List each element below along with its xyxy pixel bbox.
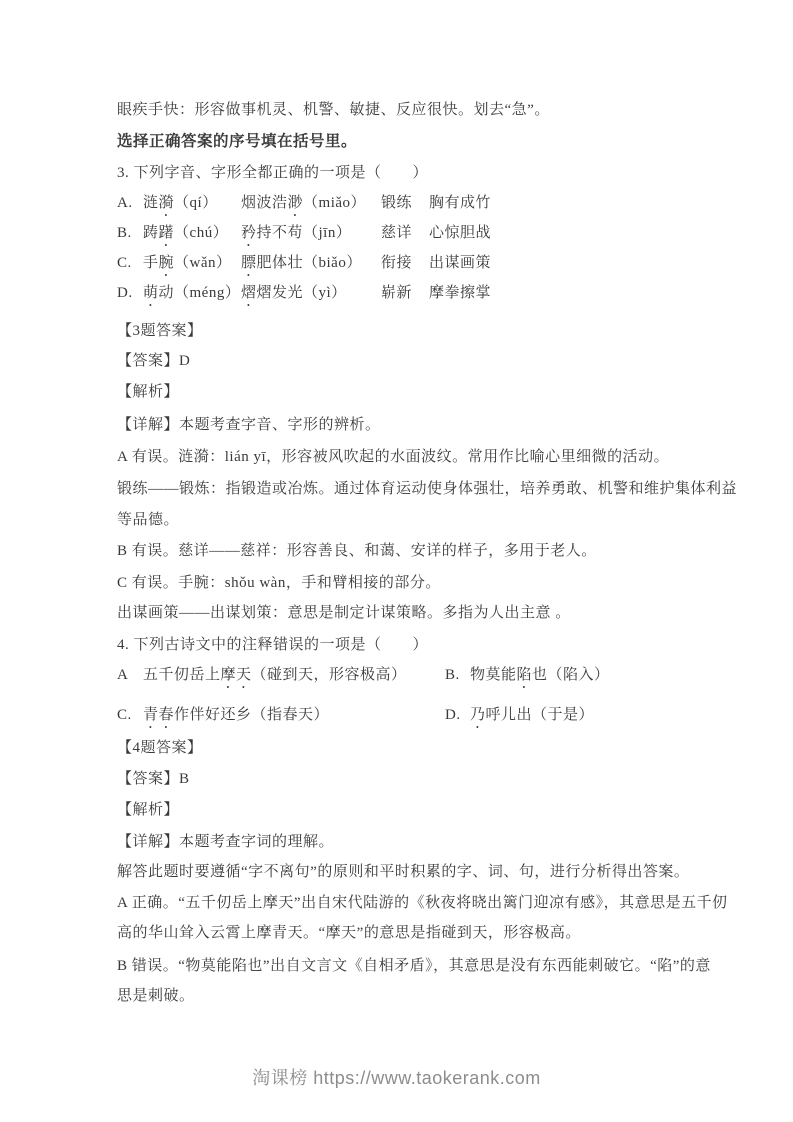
option-letter: B. <box>445 665 460 685</box>
option-letter: D. <box>117 283 133 303</box>
q3-explanation-line: B 有误。慈详——慈祥：形容善良、和蔼、安详的样子，多用于老人。 <box>117 541 597 561</box>
q4-analysis-heading: 【解析】 <box>117 800 179 820</box>
q4-explanation-line: B 错误。“物莫能陷也”出自文言文《自相矛盾》，其意思是没有东西能刺破它。“陷”… <box>117 956 711 976</box>
option-word: 萌动（méng） <box>143 283 240 310</box>
q4-explanation-line: 解答此题时要遵循“字不离句”的原则和平时积累的字、词、句，进行分析得出答案。 <box>117 862 689 882</box>
instruction-heading: 选择正确答案的序号填在括号里。 <box>117 132 357 152</box>
option-phrase: 胸有成竹 <box>429 193 491 213</box>
footer-watermark: 淘课榜 https://www.taokerank.com <box>0 1064 793 1090</box>
option-phrase: 出谋画策 <box>429 253 491 273</box>
question-4-options-row-1: A 五千仞岳上摩天（碰到天，形容极高） B. 物莫能陷也（陷入） <box>117 665 737 685</box>
option-term: 锻练 <box>381 193 412 213</box>
q3-explanation-line: A 有误。涟漪：lián yī，形容被风吹起的水面波纹。常用作比喻心里细微的活动… <box>117 447 669 467</box>
q3-analysis-heading: 【解析】 <box>117 382 179 402</box>
q4-answer-line: 【答案】B <box>117 769 190 789</box>
q4-answer-heading: 【4题答案】 <box>117 738 203 758</box>
option-idiom: 烟波浩渺（miǎo） <box>241 193 366 220</box>
q4-explanation-line: 思是刺破。 <box>117 986 195 1006</box>
option-letter: A <box>117 665 128 685</box>
question-4-options-row-2: C. 青春作伴好还乡（指春天） D. 乃呼儿出（于是） <box>117 705 737 725</box>
option-text: 青春作伴好还乡（指春天） <box>143 705 329 732</box>
option-word: 踌躇（chú） <box>143 223 228 250</box>
option-idiom: 膘肥体壮（biǎo） <box>241 253 362 280</box>
option-text: 五千仞岳上摩天（碰到天，形容极高） <box>143 665 407 692</box>
question-3-option-c: C. 手腕（wǎn） 膘肥体壮（biǎo） 衔接 出谋画策 <box>117 253 737 273</box>
q3-explanation-line: 锻练——锻炼：指锻造或冶炼。通过体育运动使身体强壮，培养勇敢、机警和维护集体利益 <box>117 479 737 499</box>
q3-explanation-line: 出谋画策——出谋划策：意思是制定计谋策略。多指为人出主意 。 <box>117 603 571 623</box>
option-term: 慈详 <box>381 223 412 243</box>
q3-answer-heading: 【3题答案】 <box>117 321 203 341</box>
q3-detail-line: 【详解】本题考查字音、字形的辨析。 <box>117 415 381 435</box>
q3-answer-line: 【答案】D <box>117 351 190 371</box>
q4-explanation-line: 高的华山耸入云霄上摩青天。“摩天”的意思是指碰到天，形容极高。 <box>117 923 581 943</box>
option-text: 物莫能陷也（陷入） <box>470 665 610 692</box>
q4-explanation-line: A 正确。“五千仞岳上摩天”出自宋代陆游的《秋夜将晓出篱门迎凉有感》，其意思是五… <box>117 893 728 913</box>
option-term: 崭新 <box>381 283 412 303</box>
q3-explanation-line: C 有误。手腕：shǒu wàn，手和臂相接的部分。 <box>117 573 441 593</box>
q4-detail-line: 【详解】本题考查字词的理解。 <box>117 832 334 852</box>
option-word: 涟漪（qí） <box>143 193 218 220</box>
question-3-option-d: D. 萌动（méng） 熠熠发光（yì） 崭新 摩拳擦掌 <box>117 283 737 303</box>
option-phrase: 心惊胆战 <box>429 223 491 243</box>
option-letter: C. <box>117 705 132 725</box>
question-4-stem: 4. 下列古诗文中的注释错误的一项是（ ） <box>117 635 428 655</box>
question-3-stem: 3. 下列字音、字形全都正确的一项是（ ） <box>117 163 428 183</box>
option-letter: A. <box>117 193 133 213</box>
option-phrase: 摩拳擦掌 <box>429 283 491 303</box>
option-letter: B. <box>117 223 132 243</box>
question-3-option-b: B. 踌躇（chú） 矜持不苟（jīn） 慈详 心惊胆战 <box>117 223 737 243</box>
option-letter: C. <box>117 253 132 273</box>
exam-document-page: 眼疾手快：形容做事机灵、机警、敏捷、反应很快。划去“急”。 选择正确答案的序号填… <box>0 0 793 1122</box>
intro-line: 眼疾手快：形容做事机灵、机警、敏捷、反应很快。划去“急”。 <box>117 100 550 120</box>
q3-explanation-line: 等品德。 <box>117 510 179 530</box>
option-term: 衔接 <box>381 253 412 273</box>
option-text: 乃呼儿出（于是） <box>470 705 594 732</box>
option-word: 手腕（wǎn） <box>143 253 232 280</box>
option-idiom: 熠熠发光（yì） <box>241 283 347 310</box>
question-3-option-a: A. 涟漪（qí） 烟波浩渺（miǎo） 锻练 胸有成竹 <box>117 193 737 213</box>
option-letter: D. <box>445 705 461 725</box>
option-idiom: 矜持不苟（jīn） <box>241 223 351 250</box>
